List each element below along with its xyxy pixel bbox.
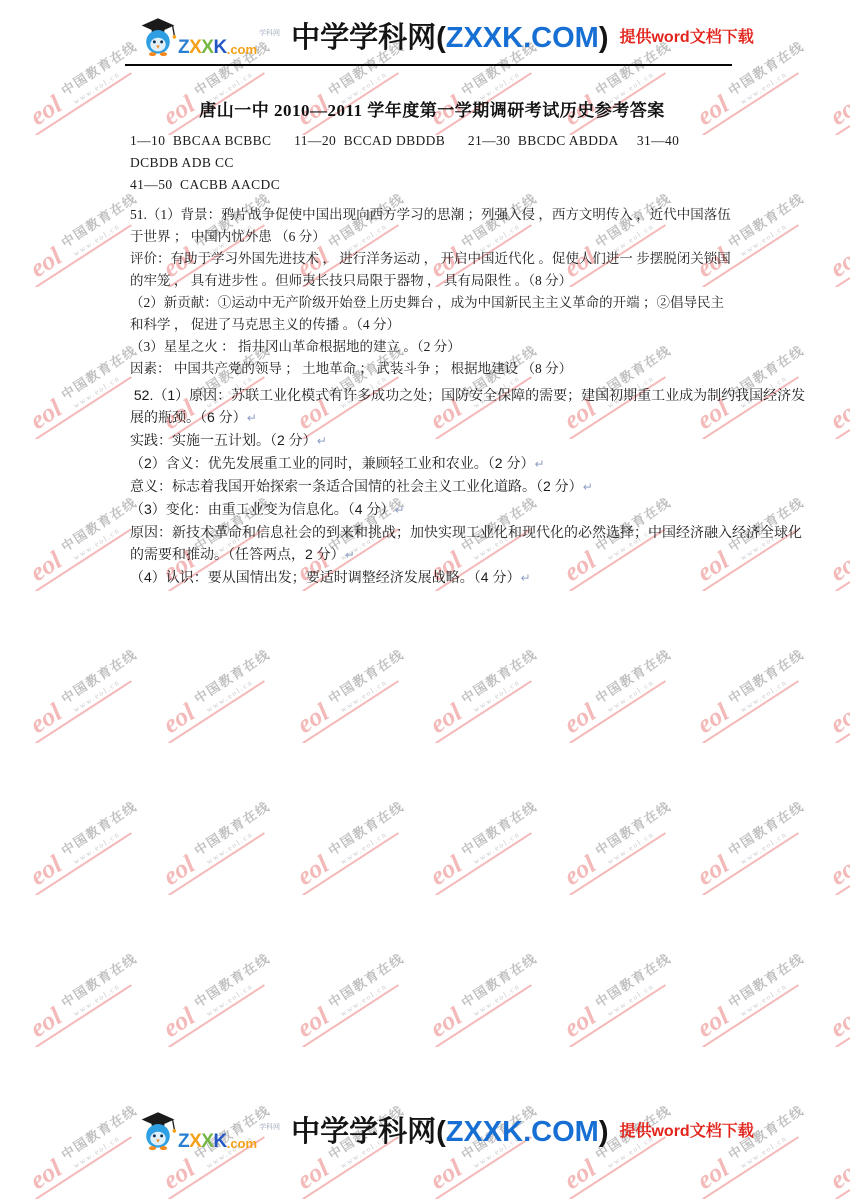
logo-dotcom: .com [227, 42, 257, 57]
watermark [825, 344, 850, 439]
paragraph-mark: ↵ [394, 503, 404, 517]
paragraph: 实践：实施一五计划。（2 分）↵ [130, 429, 806, 452]
paragraph-mark: ↵ [583, 480, 593, 494]
logo-tag: 学科网 [259, 14, 280, 38]
paragraph-mark: ↵ [317, 434, 327, 448]
watermark [692, 800, 827, 895]
document-body: 唐山一中 2010—2011 学年度第一学期调研考试历史参考答案 1—10 BB… [130, 96, 734, 589]
watermark [825, 952, 850, 1047]
paragraph: 因素： 中国共产党的领导 ； 土地革命 ； 武装斗争 ； 根据地建设 （8 分） [130, 358, 734, 380]
logo-dotcom: .com [227, 1136, 257, 1151]
watermark [825, 496, 850, 591]
watermark [25, 648, 160, 743]
paragraph-mark: ↵ [345, 548, 355, 562]
watermark [425, 800, 560, 895]
watermark [25, 800, 160, 895]
paragraph: 原因：新技术革命和信息社会的到来和挑战；加快实现工业化和现代化的必然选择；中国经… [130, 521, 806, 566]
paragraph: （3）星星之火 ： 指井冈山革命根据地的建立 。（2 分） [130, 336, 734, 358]
page: { "brand": { "logo": { "c1": "Z", "c2": … [0, 0, 850, 1202]
answer-line-2: 41—50 CACBB AACDC [130, 177, 280, 192]
paragraph: 51.（1）背景：鸦片战争促使中国出现向西方学习的思潮 ；列强入侵 ，西方文明传… [130, 204, 734, 248]
word-download-link[interactable]: 提供word文档下载 [619, 1118, 753, 1141]
paragraph: 意义：标志着我国开始探索一条适合国情的社会主义工业化道路。（2 分）↵ [130, 475, 806, 498]
paragraph: （4）认识：要从国情出发；要适时调整经济发展战略。（4 分）↵ [130, 566, 806, 589]
word-download-link[interactable]: 提供word文档下载 [619, 24, 753, 47]
logo-wordmark: ZXXK [178, 1132, 227, 1151]
paragraph: （3）变化：由重工业变为信息化。（4 分）↵ [130, 498, 806, 521]
watermark [559, 800, 694, 895]
answer-line-1: 1—10 BBCAA BCBBC 11—20 BCCAD DBDDB 21—30… [130, 133, 687, 170]
watermark [825, 800, 850, 895]
document-title: 唐山一中 2010—2011 学年度第一学期调研考试历史参考答案 [130, 96, 734, 121]
watermark [825, 648, 850, 743]
watermark [559, 648, 694, 743]
watermark [158, 800, 293, 895]
paragraph-mark: ↵ [534, 457, 544, 471]
logo-wordmark: ZXXK [178, 38, 227, 57]
paragraph: （2）含义：优先发展重工业的同时，兼顾轻工业和农业。（2 分）↵ [130, 452, 806, 475]
paragraph-mark: ↵ [520, 571, 530, 585]
watermark [425, 648, 560, 743]
site-header: ZXXK .com 学科网 中学学科网(ZXXK.COM) 提供word文档下载 [138, 14, 754, 57]
mascot-icon [138, 1108, 178, 1151]
paragraph: （2）新贡献：①运动中无产阶级开始登上历史舞台 ，成为中国新民主主义革命的开端 … [130, 292, 734, 336]
site-title: 中学学科网(ZXXK.COM) [291, 1109, 608, 1150]
watermark [292, 648, 427, 743]
site-footer: ZXXK .com 学科网 中学学科网(ZXXK.COM) 提供word文档下载 [138, 1108, 754, 1151]
watermark [158, 648, 293, 743]
logo-tag: 学科网 [259, 1108, 280, 1132]
paragraph: 评价：有助于学习外国先进技术 ， 进行洋务运动 ， 开启中国近代化 。促使人们进… [130, 248, 734, 292]
site-title: 中学学科网(ZXXK.COM) [291, 15, 608, 56]
watermark [692, 648, 827, 743]
watermark [158, 952, 293, 1047]
watermark [692, 952, 827, 1047]
watermark [292, 952, 427, 1047]
watermark [825, 40, 850, 135]
watermark [425, 952, 560, 1047]
watermark [292, 800, 427, 895]
paragraph: 52.（1）原因：苏联工业化模式有许多成功之处；国防安全保障的需要；建国初期重工… [130, 384, 806, 429]
zxxk-logo[interactable]: ZXXK .com 学科网 [138, 14, 280, 57]
paragraph-mark: ↵ [247, 411, 257, 425]
answer-key: 1—10 BBCAA BCBBC 11—20 BCCAD DBDDB 21—30… [130, 130, 734, 196]
header-rule [125, 64, 732, 66]
watermark [825, 192, 850, 287]
watermark [25, 952, 160, 1047]
watermark [559, 952, 694, 1047]
mascot-icon [138, 14, 178, 57]
watermark [825, 1104, 850, 1199]
zxxk-logo[interactable]: ZXXK .com 学科网 [138, 1108, 280, 1151]
